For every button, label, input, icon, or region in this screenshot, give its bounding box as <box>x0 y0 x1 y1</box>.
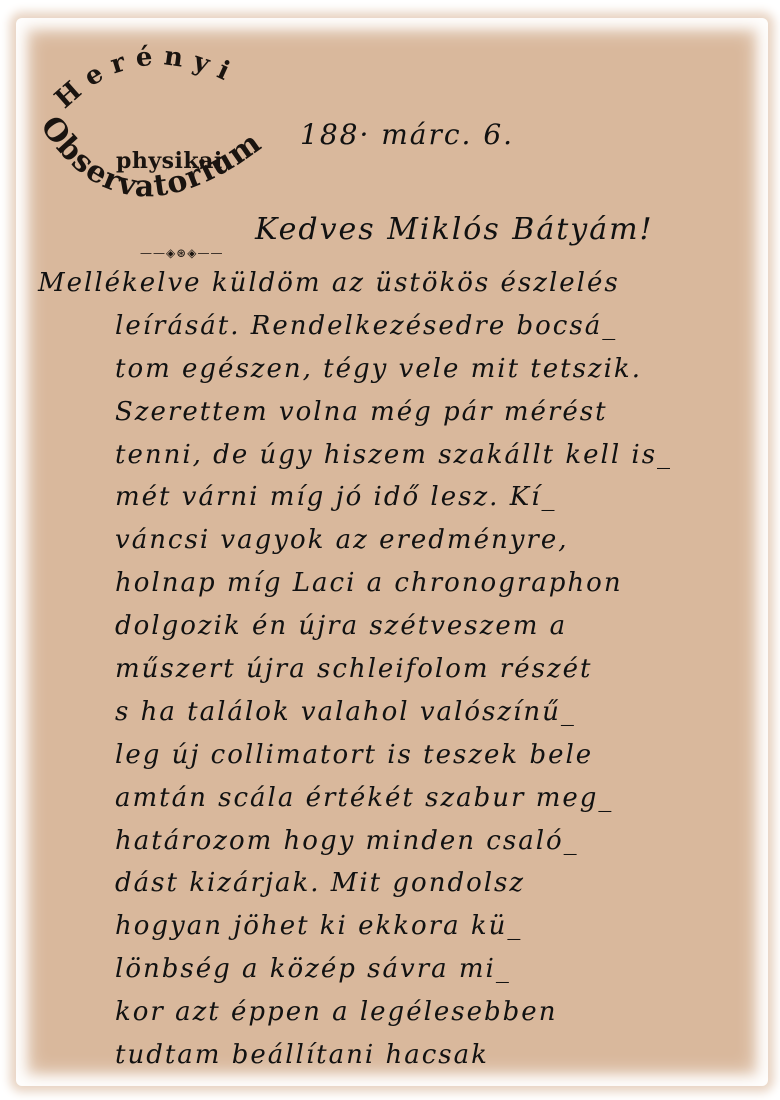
body-line: leg új collimatort is teszek bele <box>115 740 593 770</box>
letter-date: 188· márc. 6. <box>300 118 514 151</box>
body-line: leírását. Rendelkezésedre bocsá_ <box>115 311 617 341</box>
letterhead: Herényi Observatorium physikai ——◈⊛◈—— <box>20 40 310 240</box>
body-line: határozom hogy minden csaló_ <box>115 826 579 856</box>
svg-text:Herényi: Herényi <box>49 41 243 114</box>
body-line: mét várni míg jó idő lesz. Kí_ <box>115 482 556 512</box>
body-line: tudtam beállítani hacsak <box>115 1040 489 1070</box>
body-line: dolgozik én újra szétveszem a <box>115 611 567 641</box>
body-line: Szerettem volna még pár mérést <box>115 397 608 427</box>
body-line: holnap míg Laci a chronographon <box>115 568 623 598</box>
body-line: amtán scála értékét szabur meg_ <box>115 783 613 813</box>
body-line: hogyan jöhet ki ekkora kü_ <box>115 911 522 941</box>
letterhead-arc-text: Herényi Observatorium <box>20 40 320 240</box>
body-line: lönbség a közép sávra mi_ <box>115 954 511 984</box>
letterhead-ornament: ——◈⊛◈—— <box>140 246 224 260</box>
letterhead-name: Herényi <box>49 41 243 114</box>
letter-salutation: Kedves Miklós Bátyám! <box>255 212 654 247</box>
body-line: váncsi vagyok az eredményre, <box>115 525 568 555</box>
body-line: műszert újra schleifolom részét <box>115 654 593 684</box>
body-line: tom egészen, tégy vele mit tetszik. <box>115 354 642 384</box>
body-line: Mellékelve küldöm az üstökös észlelés <box>38 268 620 298</box>
body-line: dást kizárjak. Mit gondolsz <box>115 868 525 898</box>
body-line: s ha találok valahol valószínű_ <box>115 697 576 727</box>
body-line: tenni, de úgy hiszem szakállt kell is_ <box>115 440 672 470</box>
body-line: kor azt éppen a legélesebben <box>115 997 557 1027</box>
letterhead-physikai: physikai <box>116 148 223 174</box>
